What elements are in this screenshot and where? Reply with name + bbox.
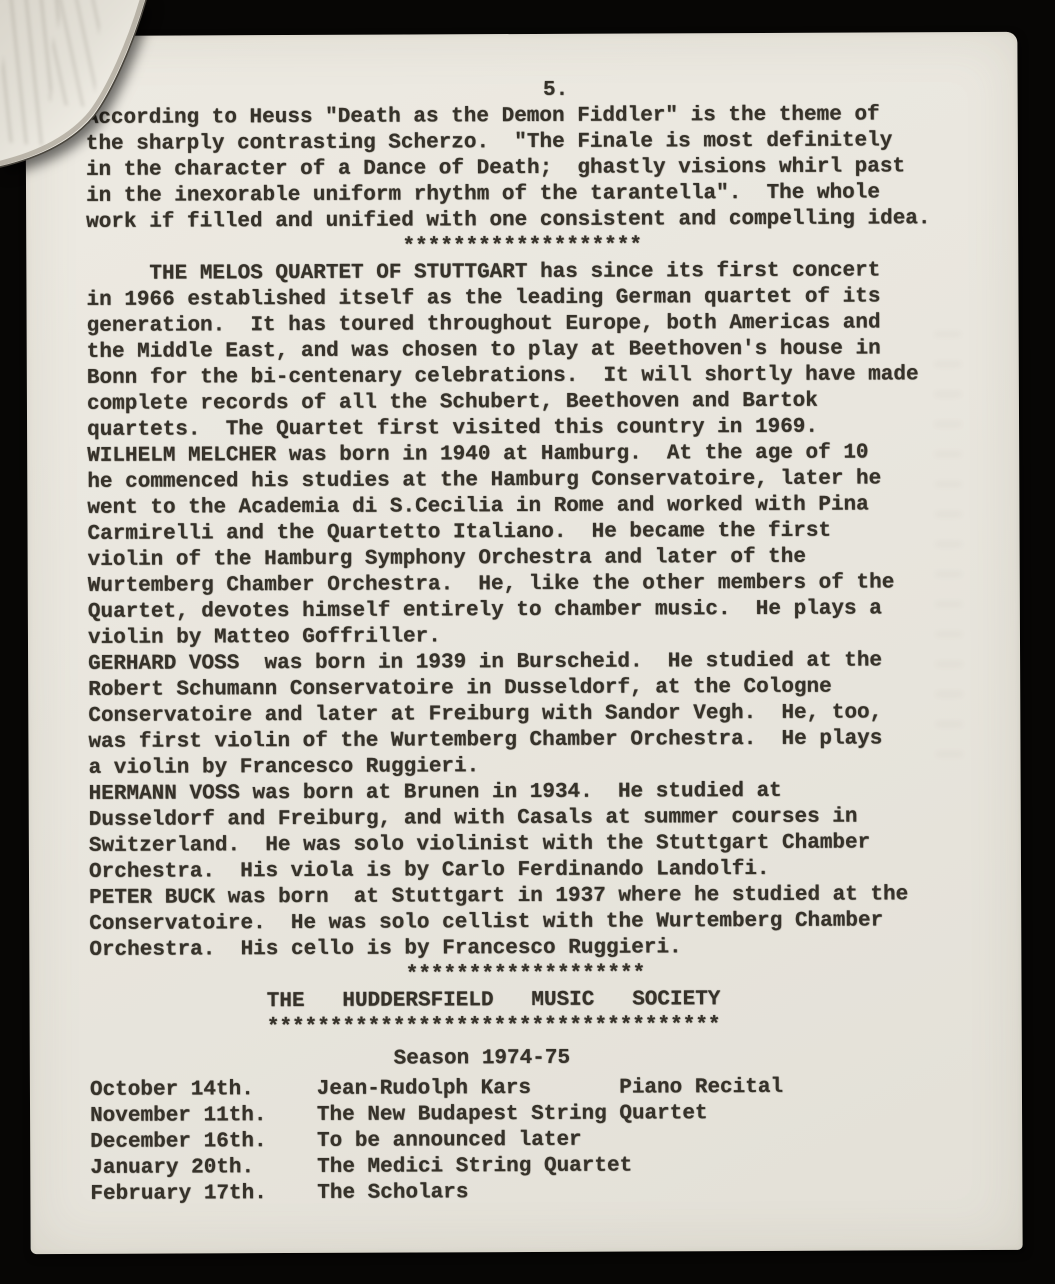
verso-bleedthrough-smudge bbox=[935, 332, 963, 762]
schedule-date: February 17th. bbox=[90, 1181, 317, 1208]
page-number: 5. bbox=[120, 76, 992, 106]
paragraph-intro-heuss: According to Heuss "Death as the Demon F… bbox=[86, 102, 959, 236]
section-divider-1: ******************* bbox=[86, 232, 958, 262]
schedule-row: October 14th. Jean-Rudolph Kars Piano Re… bbox=[90, 1074, 962, 1104]
schedule-event: To be announced later bbox=[317, 1128, 620, 1155]
document-page: 5. According to Heuss "Death as the Demo… bbox=[25, 32, 1022, 1254]
paragraph-melos-quartet: THE MELOS QUARTET OF STUTTGART has since… bbox=[86, 258, 959, 444]
schedule-date: November 11th. bbox=[90, 1103, 317, 1130]
season-heading: Season 1974-75 bbox=[46, 1044, 918, 1074]
paragraph-gerhard-voss: GERHARD VOSS was born in 1939 in Bursche… bbox=[88, 648, 961, 782]
typewritten-text-block: 5. According to Heuss "Death as the Demo… bbox=[86, 76, 963, 1208]
bleedthrough-type-lines bbox=[48, 0, 102, 107]
paragraph-peter-buck: PETER BUCK was born at Stuttgart in 1937… bbox=[89, 882, 961, 964]
paragraph-wilhelm-melcher: WILHELM MELCHER was born in 1940 at Hamb… bbox=[87, 440, 960, 652]
folded-page-corner bbox=[0, 0, 200, 190]
schedule-row: November 11th. The New Budapest String Q… bbox=[90, 1100, 962, 1130]
paragraph-hermann-voss: HERMANN VOSS was born at Brunen in 1934.… bbox=[89, 778, 961, 886]
schedule-event: The New Budapest String Quartet bbox=[317, 1102, 620, 1129]
society-title-underline: ************************************ bbox=[58, 1012, 930, 1042]
schedule-row: December 16th. To be announced later bbox=[90, 1126, 962, 1156]
section-divider-2: ******************* bbox=[89, 960, 961, 990]
scanned-programme-photo: 5. According to Heuss "Death as the Demo… bbox=[0, 0, 1055, 1284]
schedule-note: Piano Recital bbox=[619, 1075, 783, 1102]
schedule-date: December 16th. bbox=[90, 1129, 317, 1156]
schedule-row: January 20th. The Medici String Quartet bbox=[90, 1152, 962, 1182]
schedule-event: The Medici String Quartet bbox=[317, 1154, 620, 1181]
schedule-event: The Scholars bbox=[317, 1180, 620, 1207]
schedule-date: January 20th. bbox=[90, 1155, 317, 1182]
season-schedule: October 14th. Jean-Rudolph Kars Piano Re… bbox=[90, 1074, 963, 1208]
society-title: THE HUDDERSFIELD MUSIC SOCIETY bbox=[58, 986, 930, 1016]
schedule-date: October 14th. bbox=[90, 1077, 317, 1104]
schedule-event: Jean-Rudolph Kars bbox=[317, 1076, 620, 1103]
schedule-row: February 17th. The Scholars bbox=[90, 1178, 962, 1208]
